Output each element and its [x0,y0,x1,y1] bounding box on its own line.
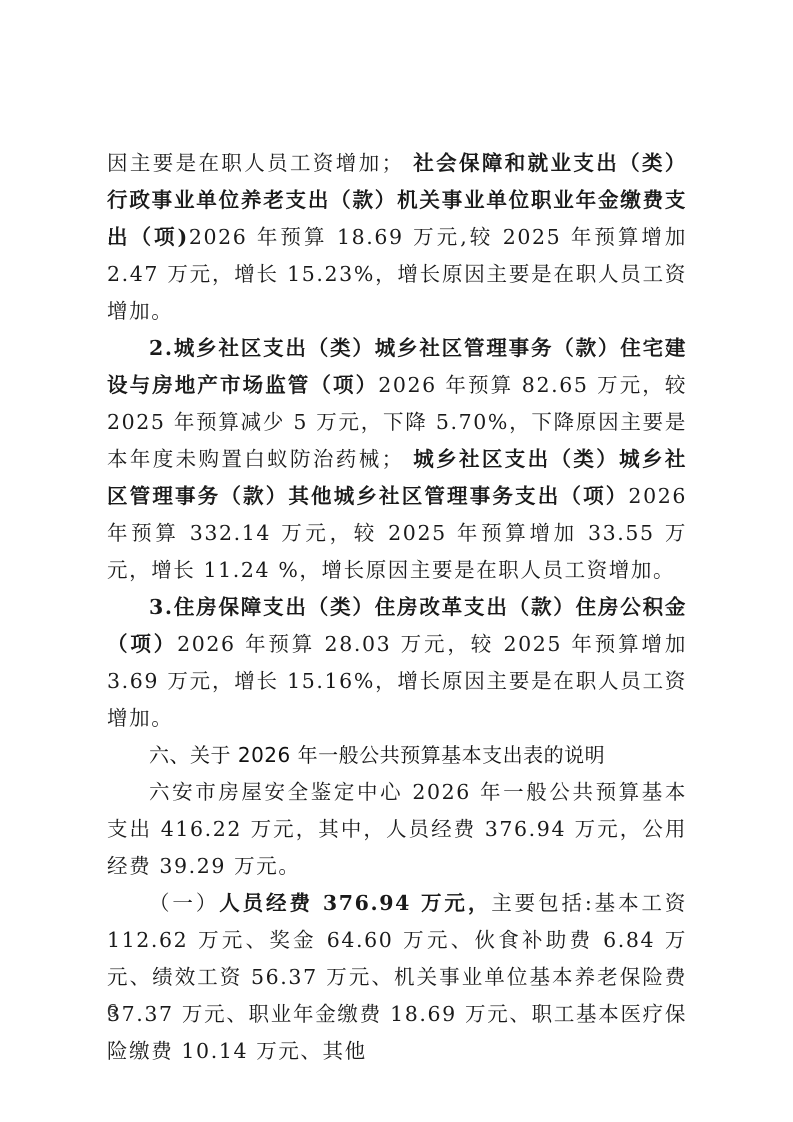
bold-personnel-total: 人员经费 376.94 万元， [219,891,491,915]
paragraph-basic-expenditure-summary: 六安市房屋安全鉴定中心 2026 年一般公共预算基本支出 416.22 万元，其… [107,774,687,885]
paragraph-urban-rural-community: 2.城乡社区支出（类）城乡社区管理事务（款）住宅建设与房地产市场监管（项）202… [107,330,687,589]
text-run: （一） [149,891,219,915]
page-number: 6 [107,1000,117,1023]
paragraph-social-security-pension: 因主要是在职人员工资增加； 社会保障和就业支出（类）行政事业单位养老支出（款）机… [107,145,687,330]
text-run: 2026 年预算 18.69 万元,较 2025 年预算增加 2.47 万元，增… [107,225,687,323]
text-run: 主要包括:基本工资 112.62 万元、奖金 64.60 万元、伙食补助费 6.… [107,891,687,1063]
document-page-body: 因主要是在职人员工资增加； 社会保障和就业支出（类）行政事业单位养老支出（款）机… [107,145,687,1070]
paragraph-housing-security: 3.住房保障支出（类）住房改革支出（款）住房公积金（项）2026 年预算 28.… [107,589,687,737]
paragraph-personnel-expenses: （一）人员经费 376.94 万元，主要包括:基本工资 112.62 万元、奖金… [107,885,687,1070]
text-run: 因主要是在职人员工资增加； [107,151,404,175]
section-heading: 六、关于 2026 年一般公共预算基本支出表的说明 [107,737,687,774]
text-run: 六安市房屋安全鉴定中心 2026 年一般公共预算基本支出 416.22 万元，其… [107,780,687,878]
text-run: 2026 年预算 28.03 万元，较 2025 年预算增加 3.69 万元，增… [107,632,687,730]
